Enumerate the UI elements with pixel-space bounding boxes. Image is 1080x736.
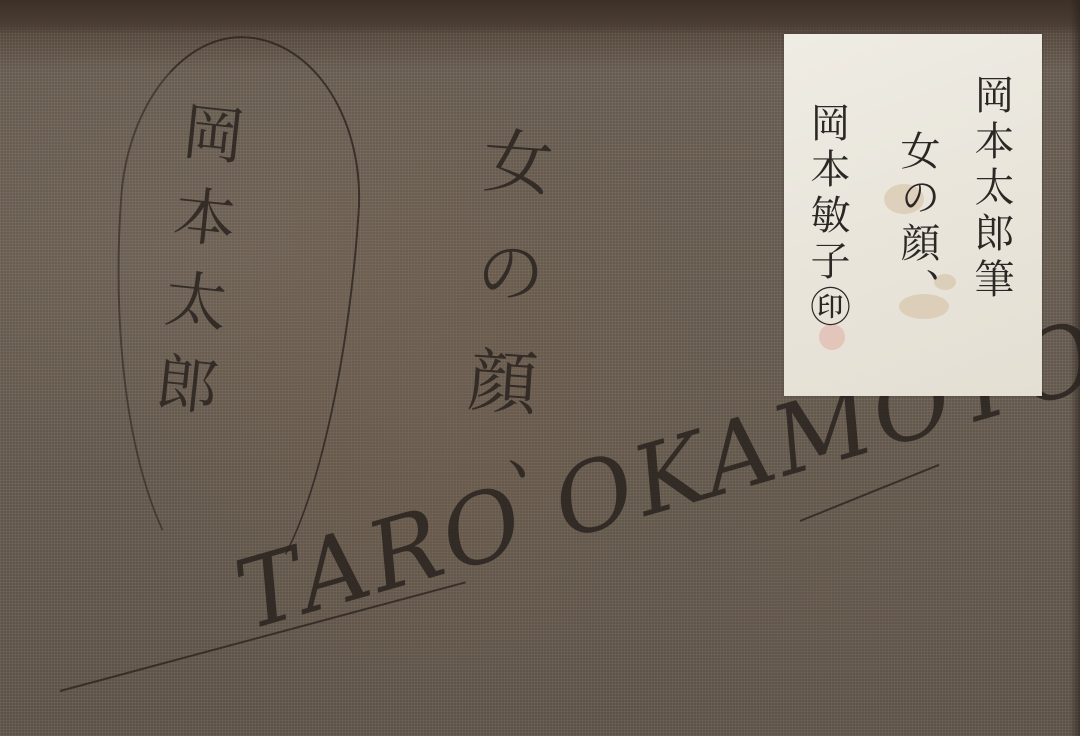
frame-edge-top <box>0 0 1080 34</box>
label-line-certifier: 岡本敏子㊞ <box>799 102 856 332</box>
paper-label: 岡本太郎筆 女の顔、 岡本敏子㊞ <box>784 34 1042 396</box>
label-line-artist: 岡本太郎筆 <box>963 74 1020 304</box>
label-line-title: 女の顔、 <box>889 130 946 314</box>
